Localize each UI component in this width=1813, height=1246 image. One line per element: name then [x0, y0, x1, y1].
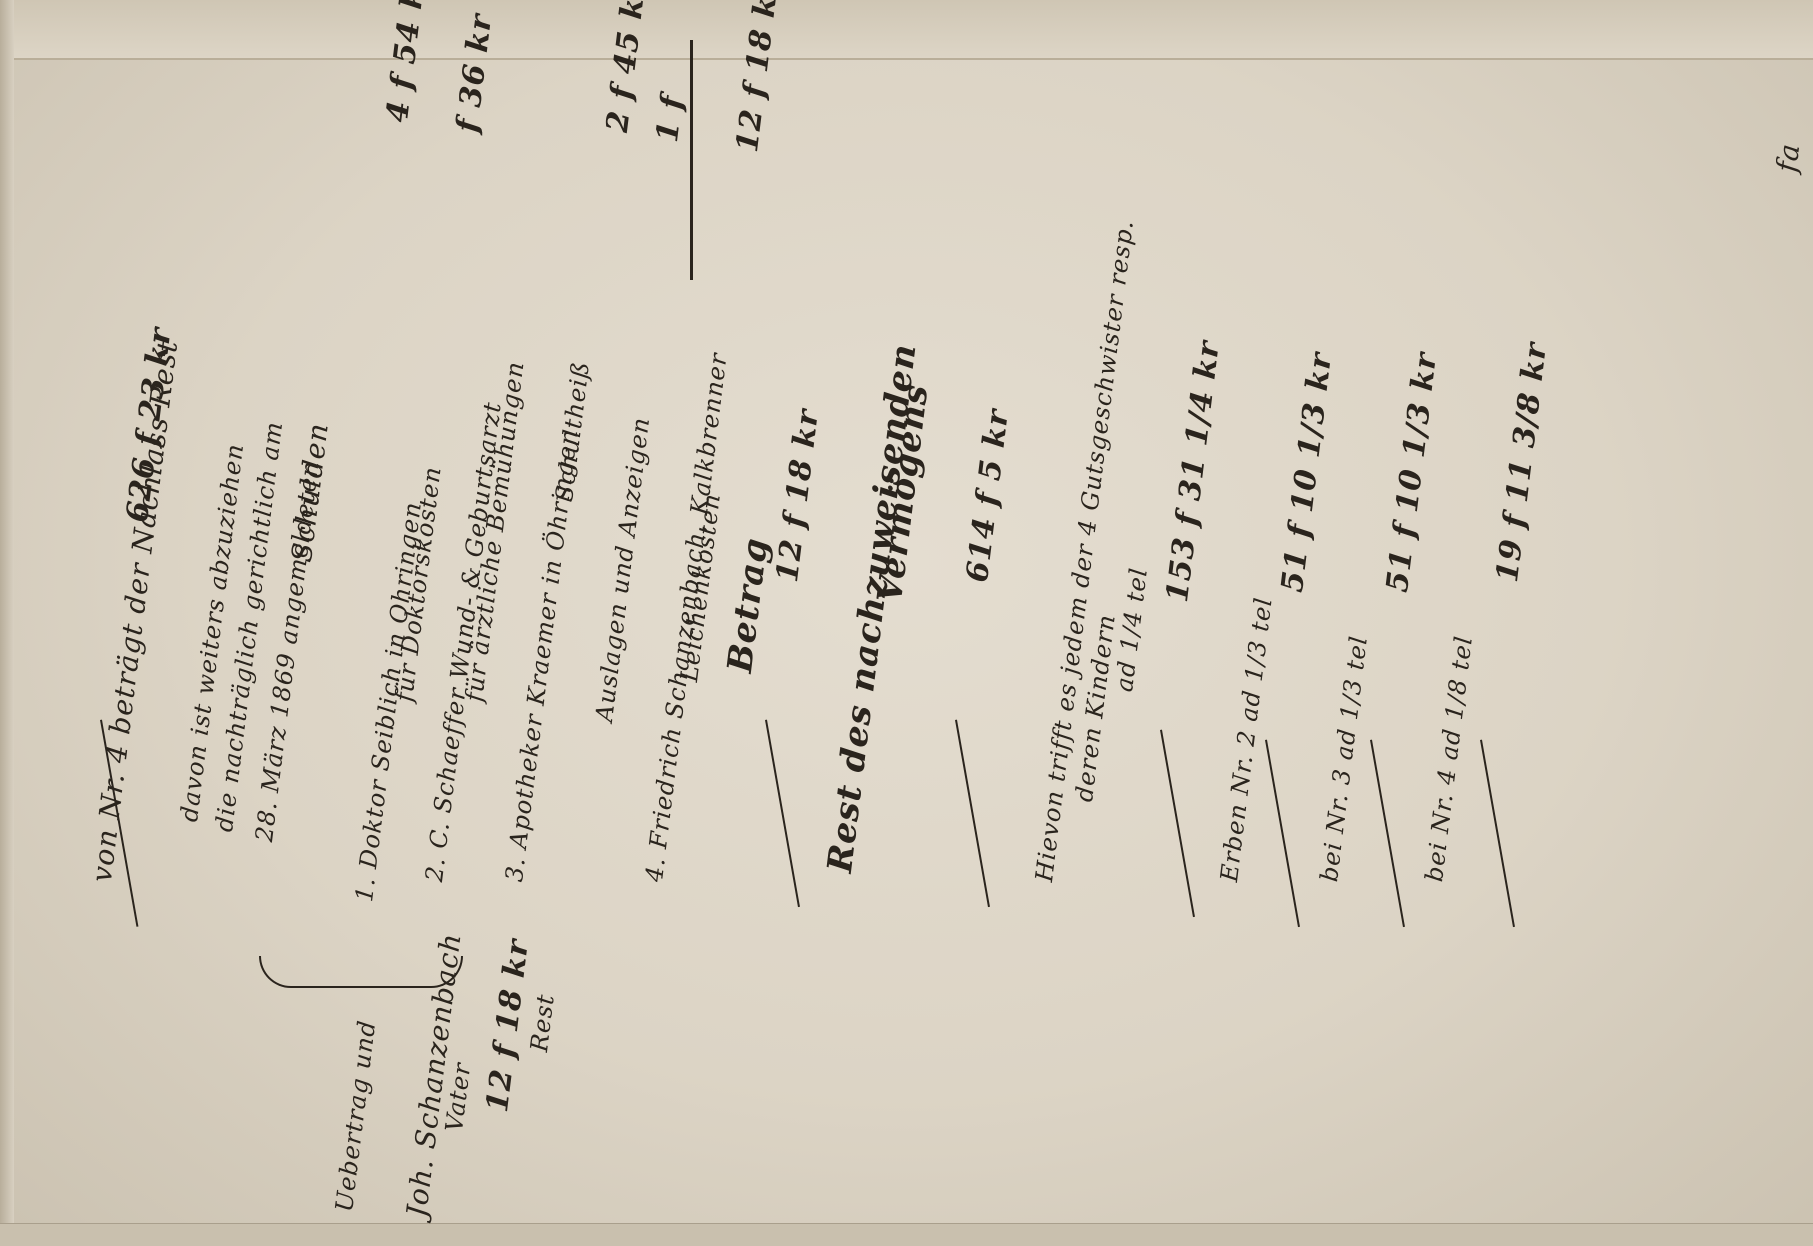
- corner-mark: fa: [1770, 141, 1806, 174]
- betrag-label: Betrag: [720, 535, 776, 675]
- creditor-4-amount: 1 f: [650, 93, 690, 144]
- share-row-3-amount: 51 f 10 1/3 kr: [1380, 350, 1444, 594]
- ledger-page: von Nr. 4 beträgt der Nachlass Rest 626 …: [0, 0, 1813, 1246]
- debts-heading: Schulden: [285, 421, 335, 564]
- underline: [955, 720, 990, 907]
- underline: [1160, 730, 1195, 917]
- item-number: 4.: [640, 855, 671, 883]
- carryover-label: Uebertrag und: [330, 1018, 381, 1213]
- father-note: Rest: [525, 992, 560, 1053]
- grouping-brace: [259, 956, 463, 988]
- page-binding-edge: [0, 0, 14, 1246]
- share-row-2-amount: 51 f 10 1/3 kr: [1275, 350, 1339, 594]
- item-number: 2.: [420, 855, 451, 883]
- page-bottom-edge: [0, 1223, 1813, 1246]
- share-row-4-label: bei Nr. 4 ad 1/8 tel: [1420, 634, 1478, 884]
- underline: [1370, 740, 1405, 927]
- item-number: 3.: [500, 855, 531, 883]
- share-row-1-label: ad 1/4 tel: [1110, 566, 1153, 694]
- underline: [1265, 740, 1300, 927]
- share-row-2-label: Erben Nr. 2 ad 1/3 tel: [1215, 595, 1278, 883]
- underline: [1480, 740, 1515, 927]
- share-row-3-label: bei Nr. 3 ad 1/3 tel: [1315, 634, 1373, 884]
- betrag-amount: 12 f 18 kr: [770, 407, 826, 584]
- page-top-edge: [0, 0, 1813, 60]
- underline: [765, 720, 800, 907]
- rest-amount: 614 f 5 kr: [960, 407, 1016, 584]
- item-number: 1.: [350, 875, 381, 903]
- expenses-line: Auslagen und Anzeigen: [590, 415, 655, 723]
- sum-rule: [690, 40, 693, 280]
- share-row-1-amount: 153 f 31 1/4 kr: [1160, 339, 1227, 605]
- share-row-4-amount: 19 f 11 3/8 kr: [1490, 340, 1554, 584]
